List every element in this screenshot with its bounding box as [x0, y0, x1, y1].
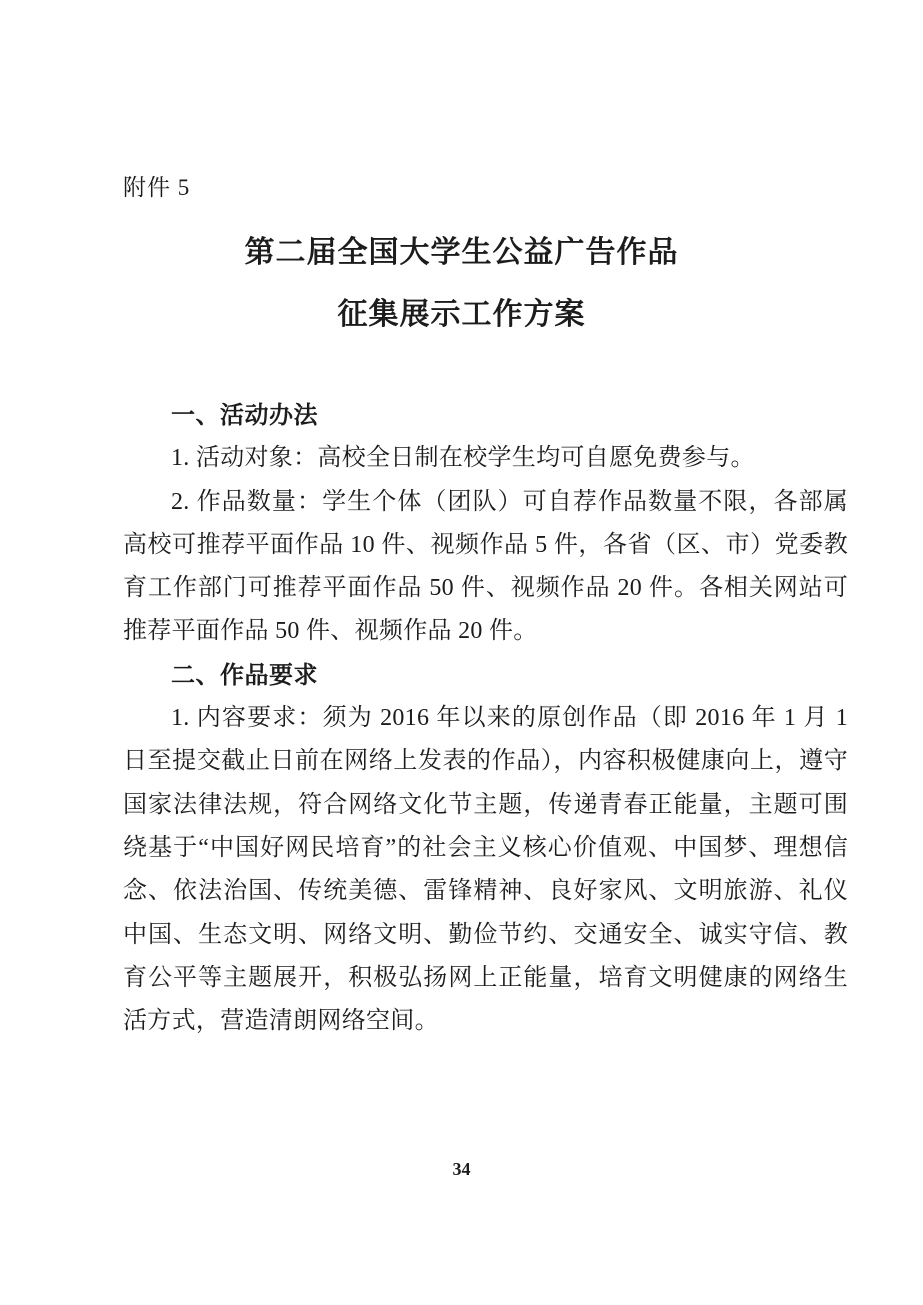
paragraph-work-quantity: 2. 作品数量：学生个体（团队）可自荐作品数量不限，各部属高校可推荐平面作品 1…	[123, 481, 848, 654]
document-body: 一、活动办法 1. 活动对象：高校全日制在校学生均可自愿免费参与。 2. 作品数…	[123, 394, 848, 1043]
document-title-line-1: 第二届全国大学生公益广告作品	[0, 222, 923, 284]
paragraph-content-requirements: 1. 内容要求：须为 2016 年以来的原创作品（即 2016 年 1 月 1 …	[123, 697, 848, 1043]
attachment-label: 附件 5	[123, 174, 190, 202]
section-heading-activity-method: 一、活动办法	[123, 394, 848, 437]
page-number: 34	[0, 1158, 923, 1180]
document-title-line-2: 征集展示工作方案	[0, 284, 923, 346]
paragraph-activity-target: 1. 活动对象：高校全日制在校学生均可自愿免费参与。	[123, 437, 848, 480]
document-page: 附件 5 第二届全国大学生公益广告作品 征集展示工作方案 一、活动办法 1. 活…	[0, 0, 923, 1305]
document-title: 第二届全国大学生公益广告作品 征集展示工作方案	[0, 222, 923, 346]
section-heading-work-requirements: 二、作品要求	[123, 654, 848, 697]
